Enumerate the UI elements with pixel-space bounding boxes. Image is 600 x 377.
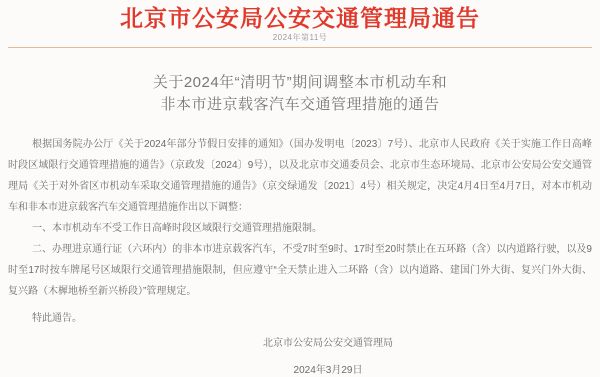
signature-block: 北京市公安局公安交通管理局 2024年3月29日 (28, 333, 600, 377)
page-title: 北京市公安局公安交通管理局通告 (0, 0, 600, 30)
notice-header: 北京市公安局公安交通管理局通告 2024年第11号 (0, 0, 600, 43)
signature-date: 2024年3月29日 (28, 360, 600, 377)
notice-title-line1: 关于2024年“清明节”期间调整本市机动车和 (153, 74, 447, 91)
issue-number: 2024年第11号 (0, 33, 600, 43)
closing-line: 特此通告。 (8, 308, 592, 329)
intro-paragraph: 根据国务院办公厅《关于2024年部分节假日安排的通知》（国办发明电〔2023〕7… (8, 134, 592, 218)
notice-main: 关于2024年“清明节”期间调整本市机动车和 非本市进京载客汽车交通管理措施的通… (0, 72, 600, 377)
notice-page: 北京市公安局公安交通管理局通告 2024年第11号 关于2024年“清明节”期间… (0, 0, 600, 377)
header-divider (8, 47, 592, 48)
notice-content: 根据国务院办公厅《关于2024年部分节假日安排的通知》（国办发明电〔2023〕7… (8, 134, 592, 329)
notice-title: 关于2024年“清明节”期间调整本市机动车和 非本市进京载客汽车交通管理措施的通… (0, 72, 600, 116)
item-1: 一、本市机动车不受工作日高峰时段区域限行交通管理措施限制。 (8, 218, 592, 239)
signature-issuer: 北京市公安局公安交通管理局 (28, 333, 600, 355)
notice-title-line2: 非本市进京载客汽车交通管理措施的通告 (160, 96, 439, 113)
item-2: 二、办理进京通行证（六环内）的非本市进京载客汽车，不受7时至9时、17时至20时… (8, 239, 592, 302)
